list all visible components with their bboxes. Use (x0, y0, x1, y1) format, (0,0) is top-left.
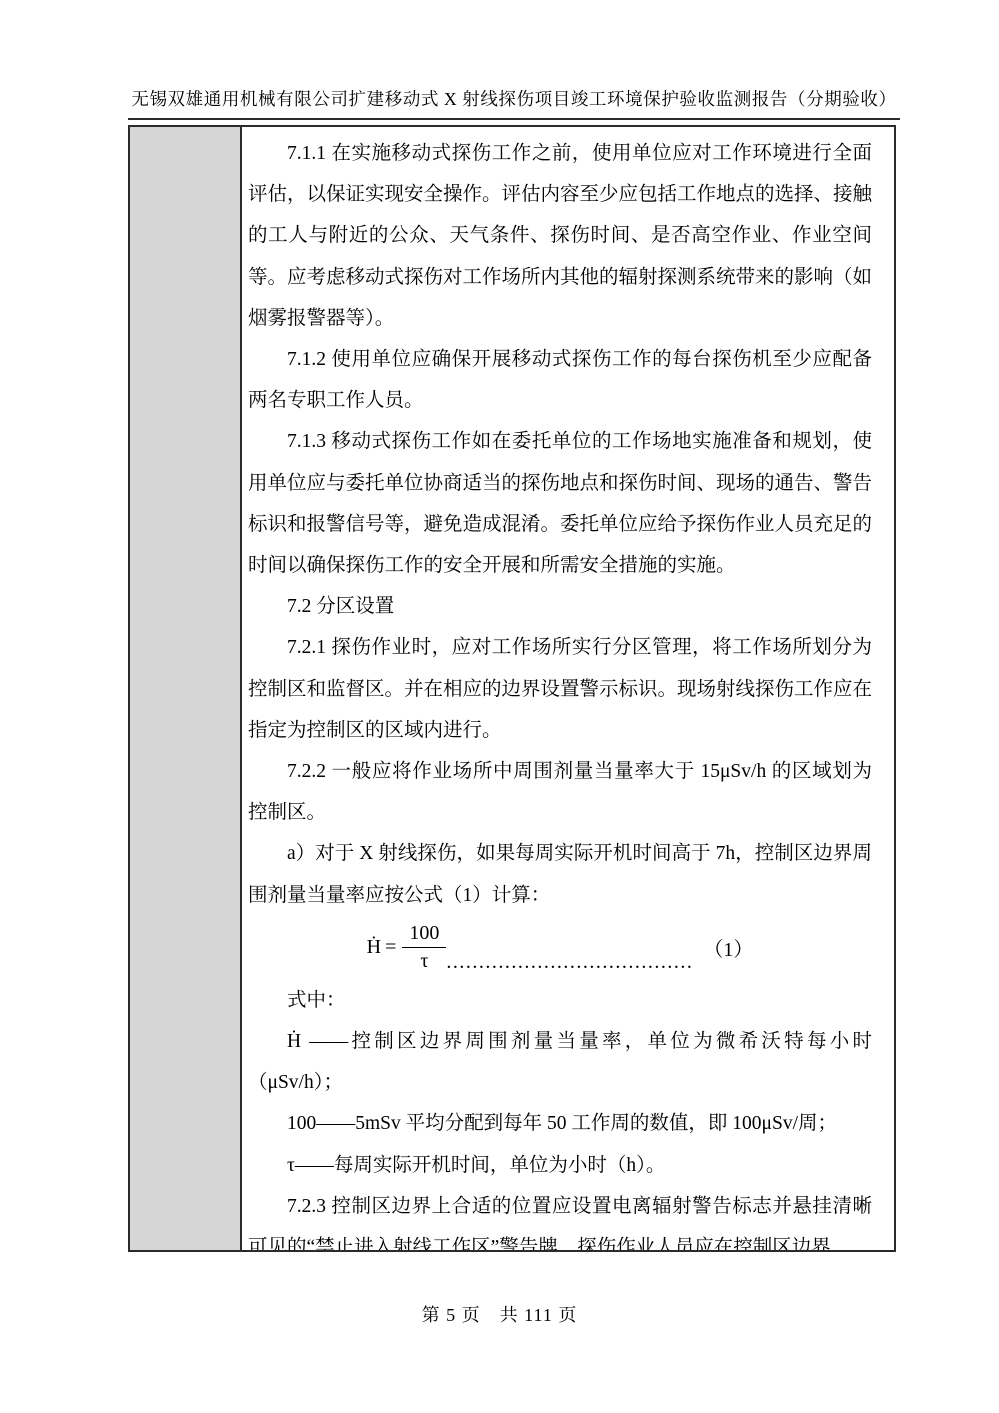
paragraph-legend-100: 100——5mSv 平均分配到每年 50 工作周的数值，即 100μSv/周； (248, 1103, 872, 1144)
paragraph-legend-H: Ḣ ——控制区边界周围剂量当量率，单位为微希沃特每小时（μSv/h）； (248, 1021, 872, 1103)
paragraph-legend-tau: τ——每周实际开机时间，单位为小时（h）。 (248, 1145, 872, 1186)
table-content-cell: 7.1.1 在实施移动式探伤工作之前，使用单位应对工作环境进行全面评估，以保证实… (242, 127, 894, 1250)
formula-lhs: Ḣ= (367, 936, 403, 959)
paragraph-7-2-2: 7.2.2 一般应将作业场所中周围剂量当量率大于 15μSv/h 的区域划为控制… (248, 751, 872, 833)
report-table: 7.1.1 在实施移动式探伤工作之前，使用单位应对工作环境进行全面评估，以保证实… (128, 125, 896, 1252)
document-header: 无锡双雄通用机械有限公司扩建移动式 X 射线探伤项目竣工环境保护验收监测报告（分… (128, 86, 900, 120)
formula-equation-number: （1） (703, 933, 753, 962)
formula-denominator: τ (420, 948, 428, 973)
document-title: 无锡双雄通用机械有限公司扩建移动式 X 射线探伤项目竣工环境保护验收监测报告（分… (128, 86, 900, 111)
paragraph-7-1-1: 7.1.1 在实施移动式探伤工作之前，使用单位应对工作环境进行全面评估，以保证实… (248, 133, 872, 339)
paragraph-7-2-1: 7.2.1 探伤作业时，应对工作场所实行分区管理，将工作场所划分为控制区和监督区… (248, 627, 872, 751)
table-left-column (130, 127, 242, 1250)
formula-numerator: 100 (402, 922, 446, 948)
formula-1: Ḣ= 100 τ ...............................… (248, 916, 872, 980)
paragraph-7-1-2: 7.1.2 使用单位应确保开展移动式探伤工作的每台探伤机至少应配备两名专职工作人… (248, 339, 872, 421)
paragraph-7-2-3: 7.2.3 控制区边界上合适的位置应设置电离辐射警告标志并悬挂清晰可见的“禁止进… (248, 1186, 872, 1250)
page-number: 第 5 页 共 111 页 (422, 1305, 578, 1325)
formula-fraction: 100 τ (402, 922, 446, 973)
document-page: 无锡双雄通用机械有限公司扩建移动式 X 射线探伤项目竣工环境保护验收监测报告（分… (0, 0, 999, 1413)
paragraph-7-1-3: 7.1.3 移动式探伤工作如在委托单位的工作场地实施准备和规划，使用单位应与委托… (248, 421, 872, 586)
paragraph-7-2-2-a: a）对于 X 射线探伤，如果每周实际开机时间高于 7h，控制区边界周围剂量当量率… (248, 833, 872, 915)
section-heading-7-2: 7.2 分区设置 (248, 586, 872, 627)
formula-dot-leader: ...................................... (446, 951, 693, 974)
paragraph-legend-intro: 式中： (248, 980, 872, 1021)
page-footer: 第 5 页 共 111 页 (0, 1301, 999, 1327)
formula-symbol-H-dot: Ḣ (367, 936, 381, 958)
formula-equals-sign: = (385, 936, 396, 958)
